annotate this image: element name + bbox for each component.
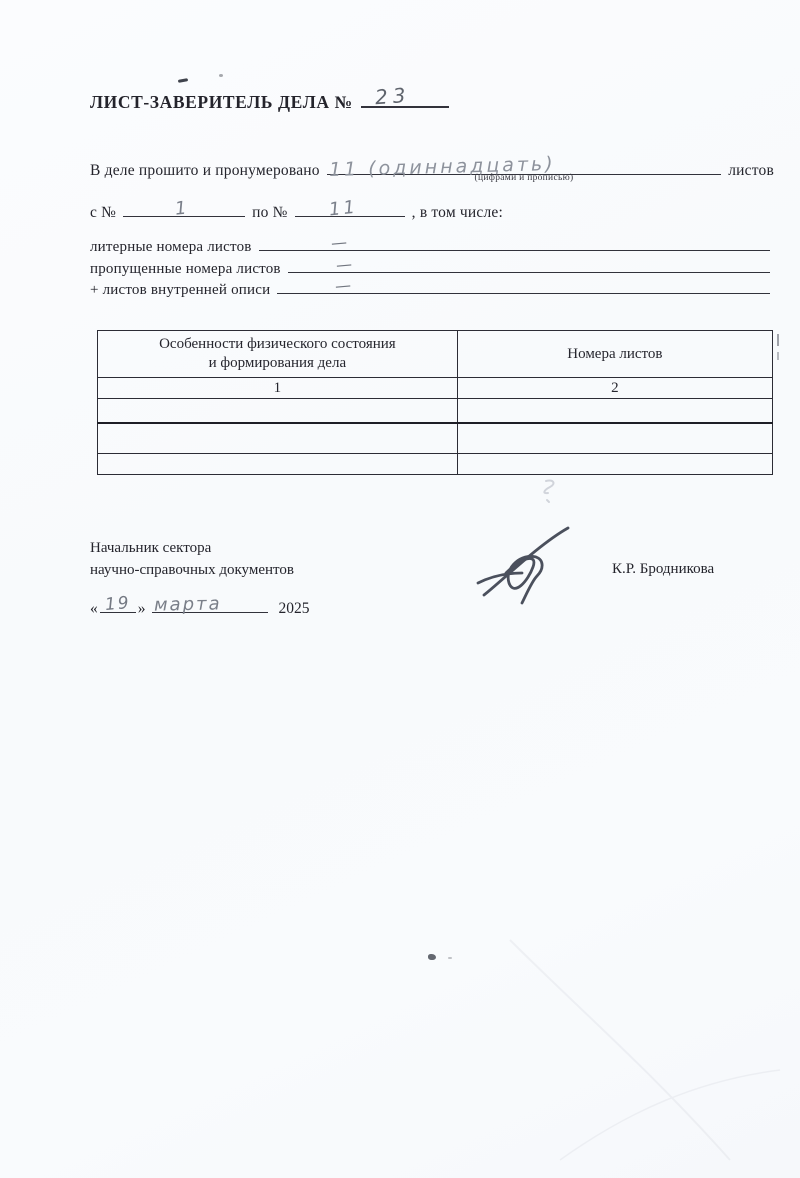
table-column-number-row: 1 2: [98, 378, 773, 399]
signoff-block: Начальник сектора научно-справочных доку…: [90, 538, 294, 581]
table-empty-row: [98, 454, 773, 475]
table-empty-cell: [98, 423, 458, 454]
table-header-row: Особенности физического состояния и форм…: [98, 331, 773, 378]
scan-speck: [219, 74, 223, 77]
signature: [476, 523, 594, 607]
page-title: ЛИСТ-ЗАВЕРИТЕЛЬ ДЕЛА №: [90, 92, 353, 113]
field-handwritten-dash: —: [335, 254, 353, 274]
range-to-label: по №: [252, 204, 288, 222]
approver-position-line2: научно-справочных документов: [90, 560, 294, 582]
field-label: пропущенные номера листов: [90, 261, 281, 278]
table-empty-cell: [457, 423, 772, 454]
table-empty-cell: [98, 399, 458, 424]
range-from-label: с №: [90, 204, 116, 222]
field-label: литерные номера листов: [90, 239, 252, 256]
range-to-handwritten: 11: [328, 197, 359, 221]
scan-speck: [428, 954, 436, 960]
field-blank: —: [259, 231, 770, 251]
table-col2-number: 2: [457, 378, 772, 399]
field-blank: —: [288, 253, 770, 273]
case-number-handwritten: 23: [374, 83, 411, 109]
range-to-blank: 11: [295, 197, 405, 217]
sheet-count-line: В деле прошито и пронумеровано 11 (одинн…: [90, 155, 774, 180]
date-month-blank: марта: [152, 593, 268, 613]
title-line: ЛИСТ-ЗАВЕРИТЕЛЬ ДЕЛА № 23: [90, 84, 449, 113]
table-empty-cell: [457, 454, 772, 475]
open-quote: «: [90, 600, 98, 618]
table-empty-cell: [98, 454, 458, 475]
table-col1-number: 1: [98, 378, 458, 399]
field-handwritten-dash: —: [335, 275, 353, 295]
scan-speck: [178, 78, 188, 83]
field-letter-numbers: литерные номера листов —: [90, 231, 770, 253]
range-from-handwritten: 1: [174, 197, 191, 219]
field-blank: —: [277, 274, 770, 294]
table-empty-cell: [457, 399, 772, 424]
approver-position-line1: Начальник сектора: [90, 538, 294, 560]
sheet-count-suffix: листов: [728, 162, 774, 180]
date-day-handwritten: 19: [104, 593, 131, 615]
date-month-handwritten: марта: [153, 593, 221, 615]
special-number-fields: литерные номера листов — пропущенные ном…: [90, 231, 770, 296]
sheet-count-prefix: В деле прошито и пронумеровано: [90, 162, 320, 180]
range-suffix: , в том числе:: [412, 204, 503, 222]
table-header-col1-line1: Особенности физического состояния: [98, 335, 457, 354]
scan-smudge: [532, 478, 572, 512]
table-header-col1: Особенности физического состояния и форм…: [98, 331, 458, 378]
field-handwritten-dash: —: [330, 232, 348, 252]
date-line: « 19 » марта 2025: [90, 593, 310, 618]
date-year: 2025: [279, 600, 310, 618]
scan-streak: [500, 920, 790, 1170]
scan-speck: [448, 957, 452, 959]
physical-condition-table: Особенности физического состояния и форм…: [97, 330, 773, 475]
table-empty-row: [98, 399, 773, 424]
table-empty-row: [98, 423, 773, 454]
table-header-col2: Номера листов: [457, 331, 772, 378]
close-quote: »: [138, 600, 146, 618]
date-day-blank: 19: [100, 593, 136, 613]
case-number-blank: 23: [361, 84, 449, 108]
sheet-count-blank: 11 (одиннадцать) (цифрами и прописью): [327, 155, 722, 175]
scan-edge-mark: [777, 352, 779, 360]
table-header-col1-line2: и формирования дела: [98, 354, 457, 373]
field-label: + листов внутренней описи: [90, 282, 270, 299]
scan-edge-mark: [777, 334, 779, 346]
approver-name: К.Р. Бродникова: [612, 561, 714, 578]
scanned-certification-sheet: ЛИСТ-ЗАВЕРИТЕЛЬ ДЕЛА № 23 В деле прошито…: [0, 0, 800, 1178]
physical-condition-table-wrap: Особенности физического состояния и форм…: [97, 330, 773, 475]
blank-caption: (цифрами и прописью): [475, 173, 574, 183]
sheet-range-line: с № 1 по № 11 , в том числе:: [90, 197, 503, 222]
range-from-blank: 1: [123, 197, 245, 217]
